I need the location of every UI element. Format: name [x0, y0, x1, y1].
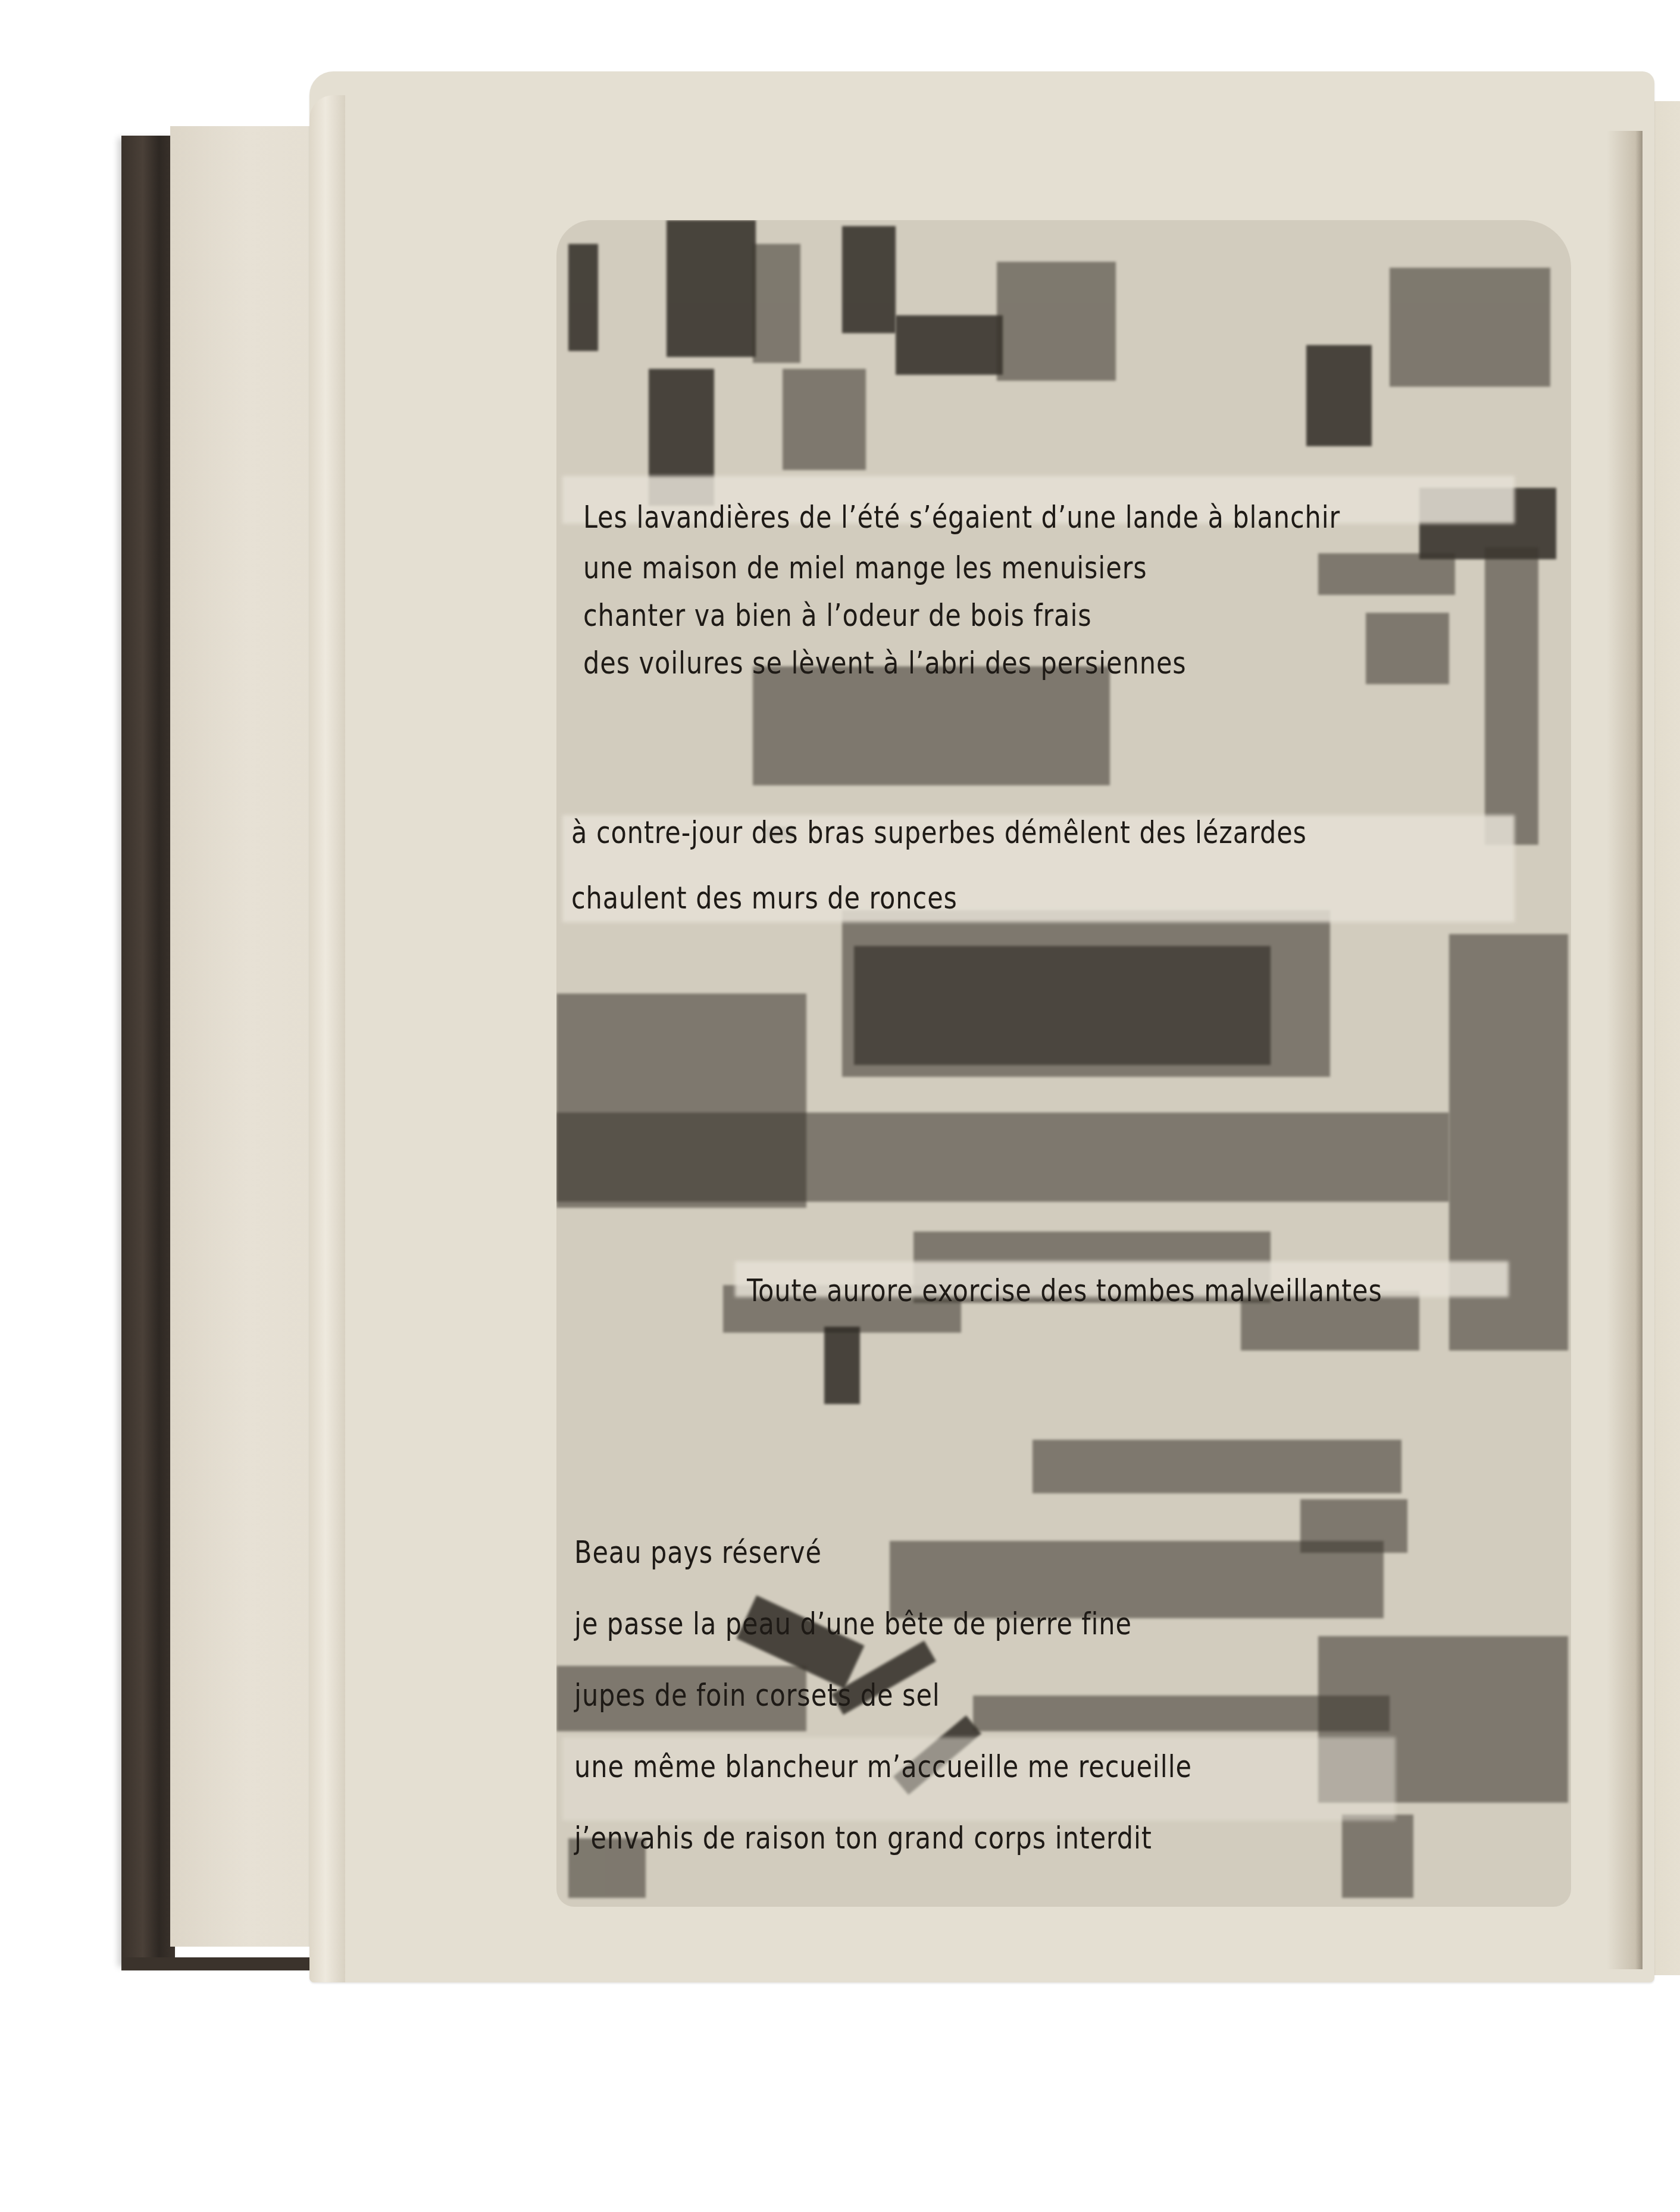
poem-line: j’envahis de raison ton grand corps inte…: [574, 1821, 1152, 1856]
poem-line: Toute aurore exorcise des tombes malveil…: [747, 1273, 1382, 1309]
lithograph-print: Les lavandières de l’été s’égaient d’une…: [556, 220, 1571, 1907]
poem-line: chaulent des murs de ronces: [571, 881, 958, 916]
poem-line: une maison de miel mange les menuisiers: [583, 550, 1147, 586]
poem-line: Les lavandières de l’été s’égaient d’une…: [583, 500, 1340, 535]
poem-line: à contre-jour des bras superbes démêlent…: [571, 815, 1307, 851]
poem-line: une même blancheur m’accueille me recuei…: [574, 1749, 1192, 1785]
page-deckle-edge: [309, 95, 345, 1982]
poem-line: Beau pays réservé: [574, 1535, 822, 1571]
poem-line: jupes de foin corsets de sel: [574, 1678, 940, 1713]
poem: Les lavandières de l’été s’égaient d’une…: [556, 220, 1571, 1907]
poem-line: chanter va bien à l’odeur de bois frais: [583, 598, 1092, 634]
poem-line: je passe la peau d’une bête de pierre fi…: [574, 1606, 1132, 1642]
book-cover-spine: [121, 136, 175, 1965]
poem-line: des voilures se lèvent à l’abri des pers…: [583, 646, 1187, 681]
page-gutter-shadow: [1607, 131, 1643, 1969]
